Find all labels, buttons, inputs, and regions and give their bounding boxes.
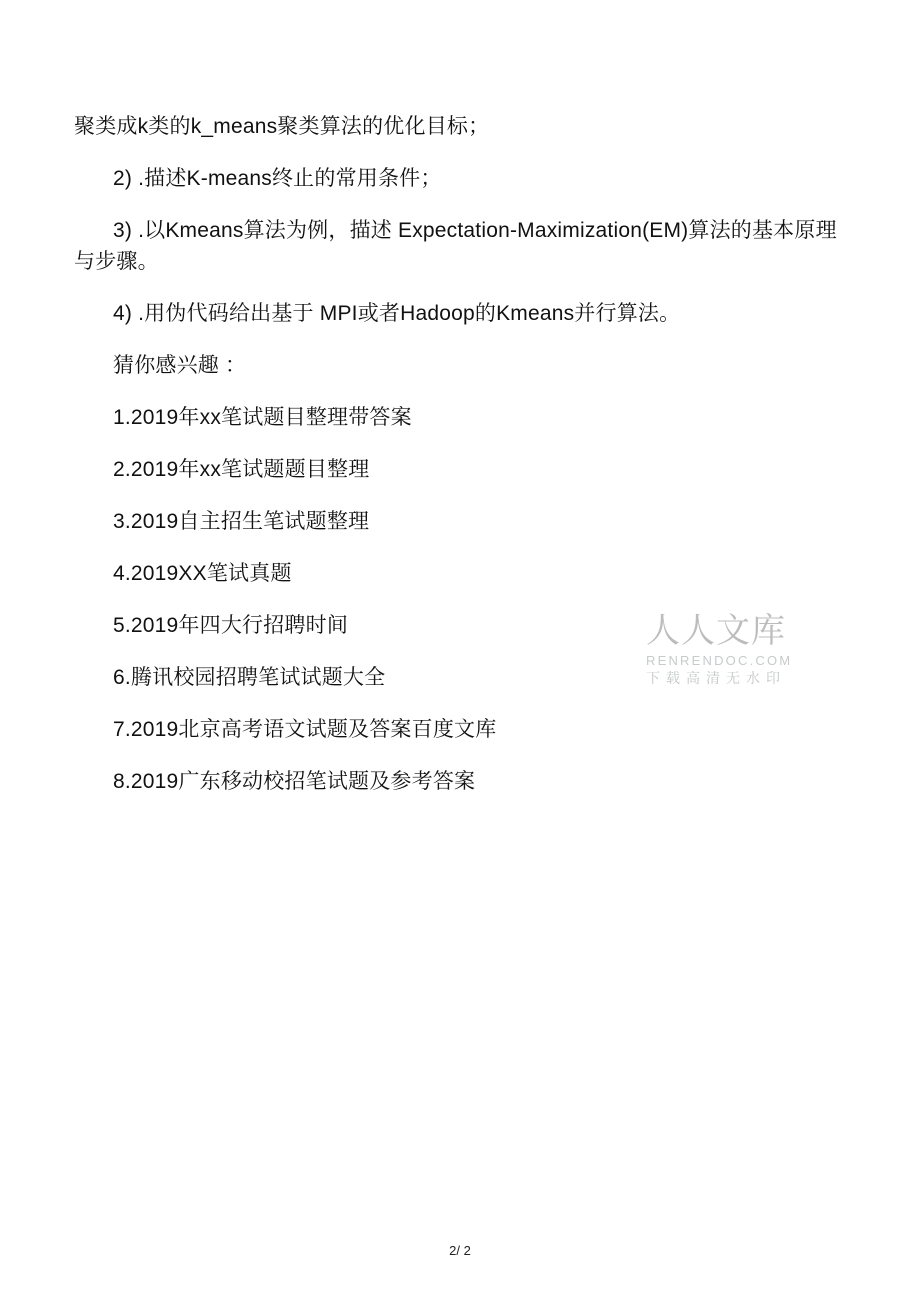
related-item-3: 3.2019自主招生笔试题整理 bbox=[74, 506, 862, 537]
page-number-indicator: 2/ 2 bbox=[0, 1243, 920, 1259]
related-item-8: 8.2019广东移动校招笔试题及参考答案 bbox=[74, 766, 862, 797]
related-item-6: 6.腾讯校园招聘笔试试题大全 bbox=[74, 662, 862, 693]
body-paragraph-q4: 4) .用伪代码给出基于 MPI或者Hadoop的Kmeans并行算法。 bbox=[74, 298, 862, 329]
document-body: 聚类成k类的k_means聚类算法的优化目标； 2) .描述K-means终止的… bbox=[74, 111, 862, 818]
related-item-1: 1.2019年xx笔试题目整理带答案 bbox=[74, 402, 862, 433]
related-heading: 猜你感兴趣 ： bbox=[74, 350, 862, 381]
body-paragraph-q2: 2) .描述K-means终止的常用条件； bbox=[74, 163, 862, 194]
body-paragraph-continuation: 聚类成k类的k_means聚类算法的优化目标； bbox=[74, 111, 862, 142]
document-page: 聚类成k类的k_means聚类算法的优化目标； 2) .描述K-means终止的… bbox=[0, 0, 920, 1303]
related-item-7: 7.2019北京高考语文试题及答案百度文库 bbox=[74, 714, 862, 745]
related-item-2: 2.2019年xx笔试题题目整理 bbox=[74, 454, 862, 485]
related-item-4: 4.2019XX笔试真题 bbox=[74, 558, 862, 589]
body-paragraph-q3: 3) .以Kmeans算法为例，描述 Expectation-Maximizat… bbox=[74, 215, 862, 277]
related-item-5: 5.2019年四大行招聘时间 bbox=[74, 610, 862, 641]
